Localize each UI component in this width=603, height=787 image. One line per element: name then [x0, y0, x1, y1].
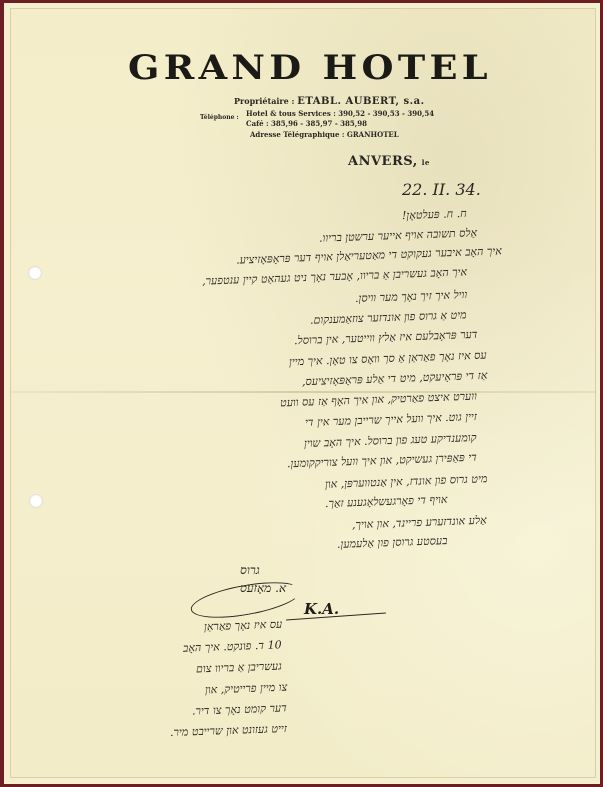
- proprietor-name: ETABL. AUBERT, s.a.: [297, 96, 424, 107]
- postscript-line: עס איז נאָך פאַראַן: [204, 618, 283, 634]
- city-suffix: le: [422, 158, 430, 167]
- city-line: ANVERS,le: [348, 154, 430, 169]
- telephone-label: Téléphone :: [200, 114, 239, 121]
- letter-date: 22. II. 34.: [402, 180, 481, 199]
- signature-name: א. מאָזעס: [240, 581, 286, 596]
- document-frame: GRAND HOTEL Propriétaire : ETABL. AUBERT…: [0, 0, 603, 787]
- telephone-hotel: Hotel & tous Services : 390,52 - 390,53 …: [246, 109, 434, 118]
- punch-hole-top: [28, 266, 42, 280]
- telegraph-address: Adresse Télégraphique : GRANHOTEL: [250, 130, 399, 139]
- handwritten-line: ח. ח. פּעלטאָן!: [402, 207, 467, 222]
- paper-fold-crease: [10, 391, 596, 393]
- proprietor-line: Propriétaire : ETABL. AUBERT, s.a.: [234, 96, 425, 107]
- city-name: ANVERS,: [348, 154, 418, 169]
- proprietor-label: Propriétaire :: [234, 96, 294, 106]
- punch-hole-bottom: [29, 494, 43, 508]
- telephone-cafe: Café : 385,96 - 385,97 - 385,98: [246, 119, 367, 128]
- hotel-title: GRAND HOTEL: [126, 48, 493, 88]
- closing: גרוס: [240, 563, 260, 578]
